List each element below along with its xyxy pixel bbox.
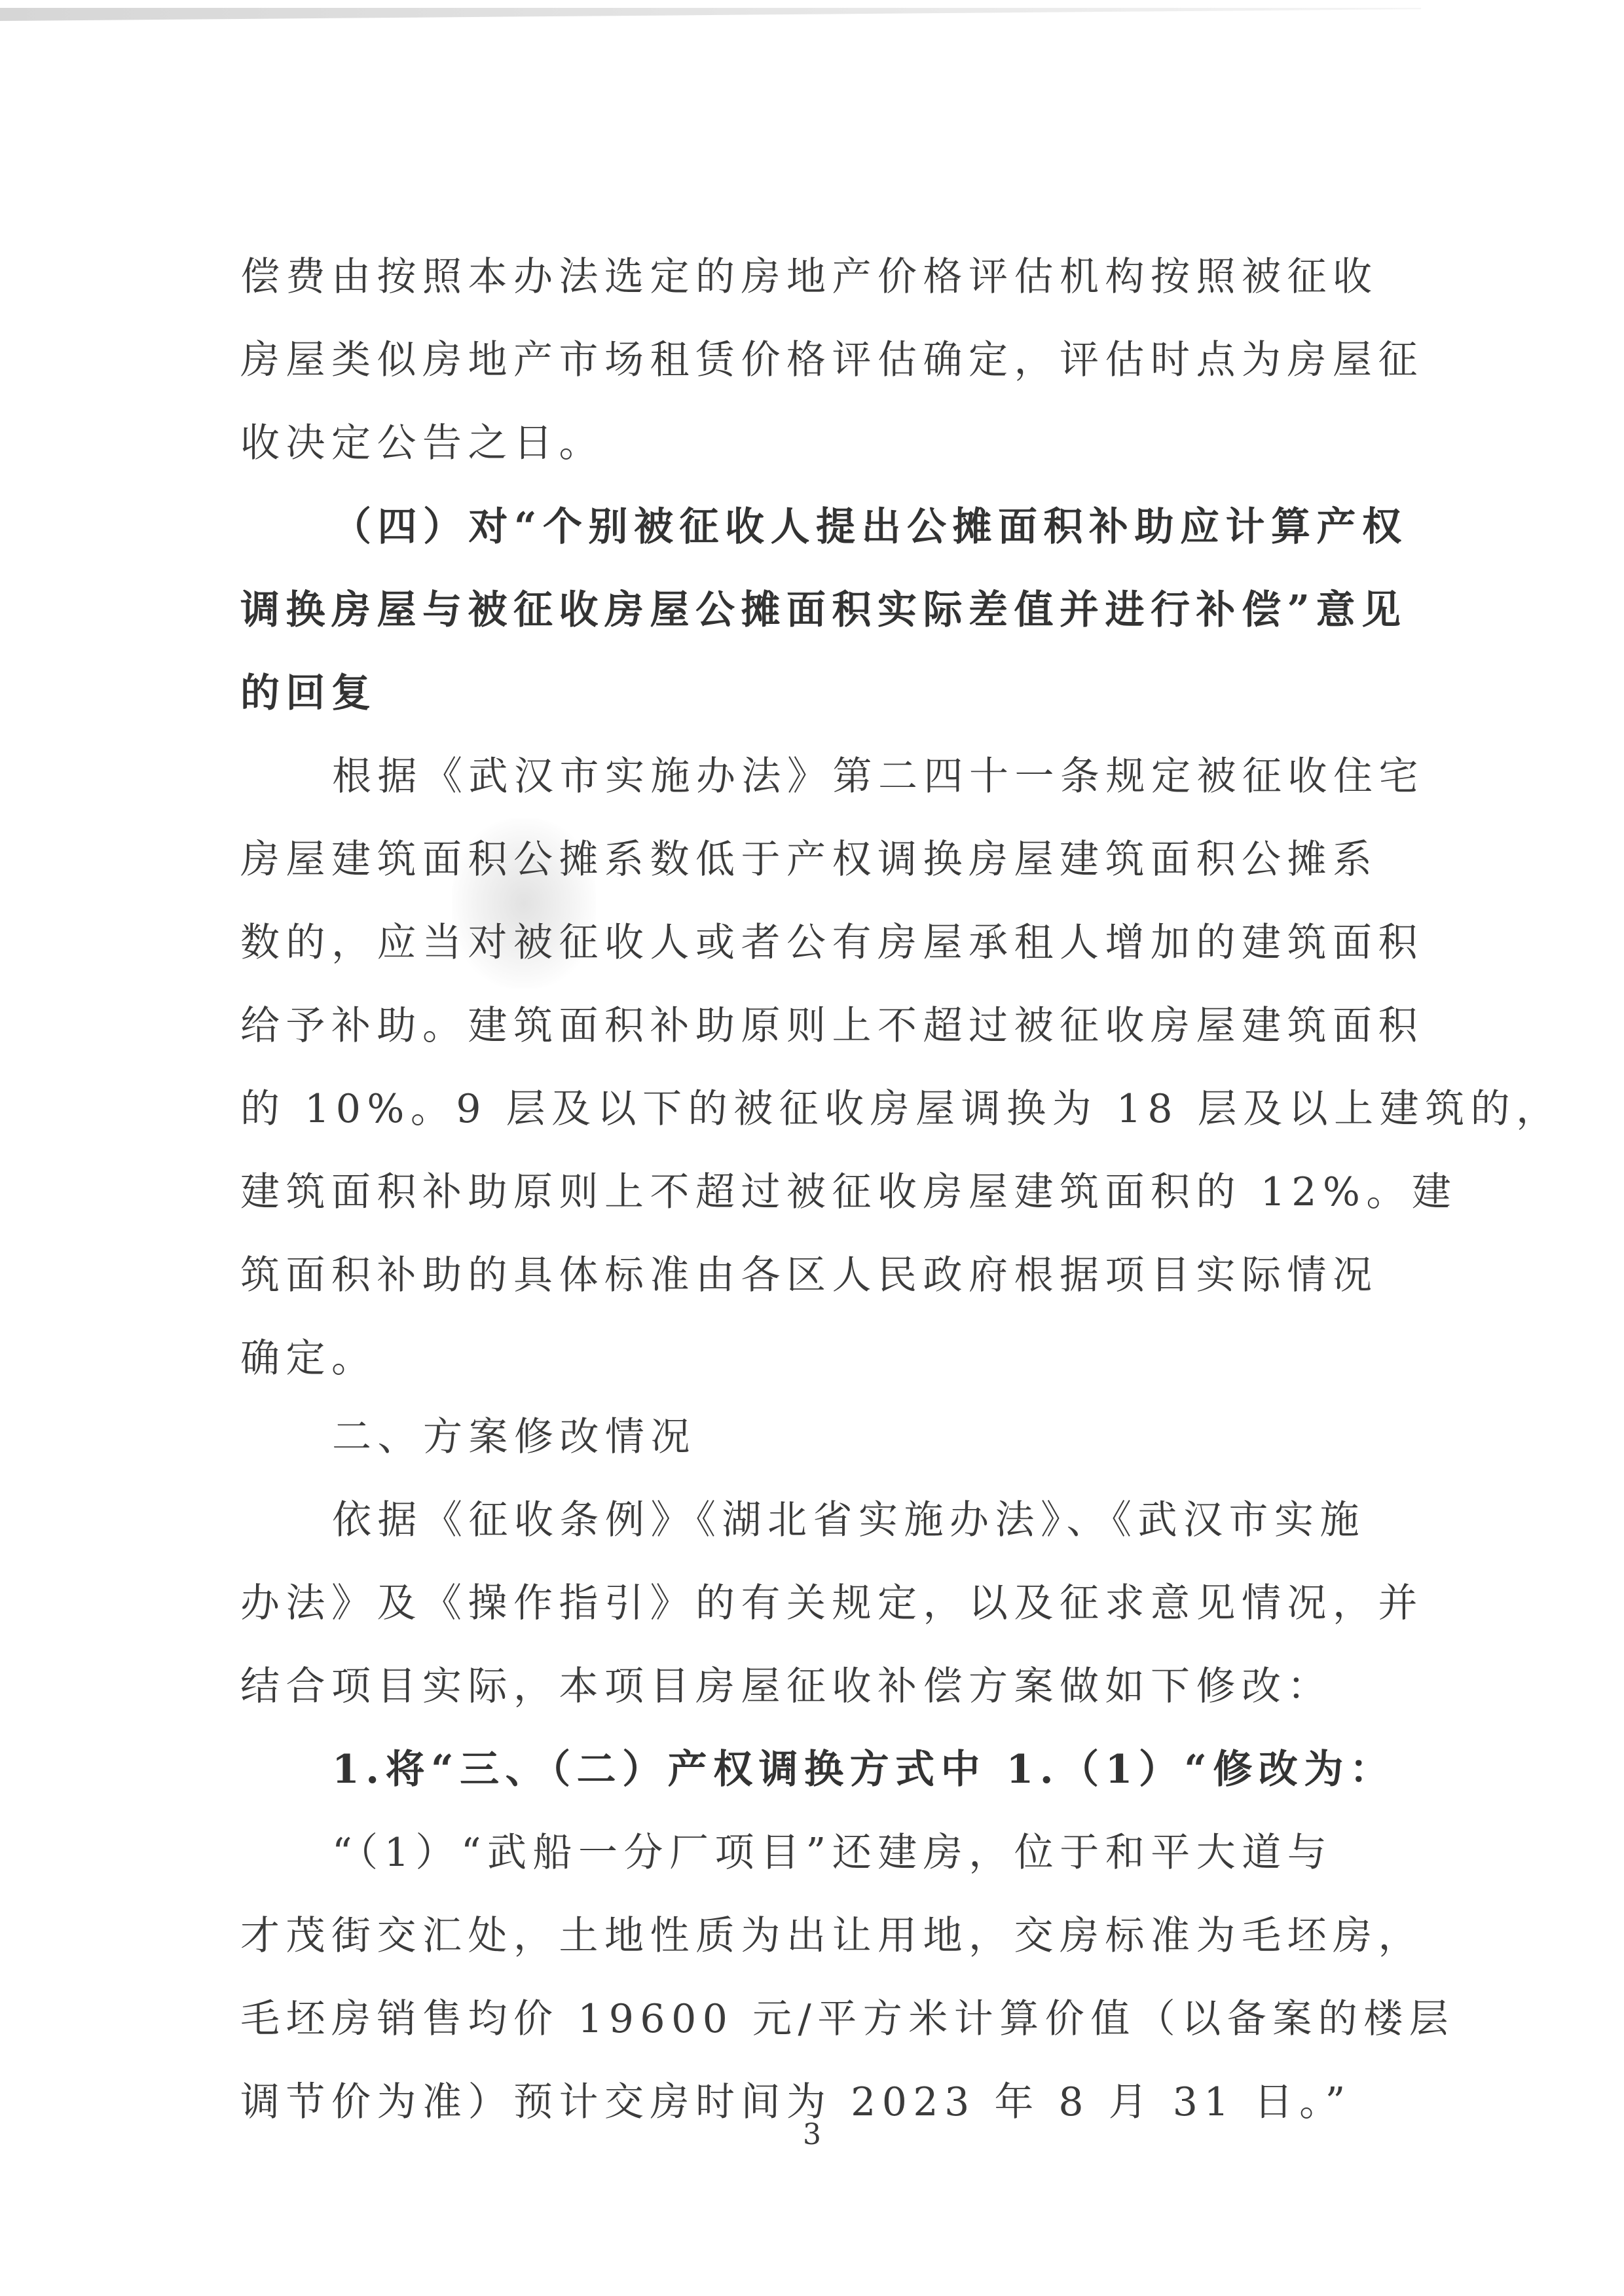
body-line-17: 办法》及《操作指引》的有关规定，以及征求意见情况，并 [240, 1562, 1424, 1645]
body-line-12: 建筑面积补助原则上不超过被征收房屋建筑面积的 12%。建 [240, 1151, 1457, 1234]
page-number: 3 [0, 2118, 1624, 2151]
body-line-21: 才茂街交汇处，土地性质为出让用地，交房标准为毛坯房， [240, 1895, 1424, 1978]
body-line-10: 给予补助。建筑面积补助原则上不超过被征收房屋建筑面积 [240, 985, 1424, 1068]
section-heading-4-line-2: 调换房屋与被征收房屋公摊面积实际差值并进行补偿”意见 [240, 569, 1407, 652]
body-line-20: “（1）“武船一分厂项目”还建房，位于和平大道与 [240, 1812, 1333, 1895]
amendment-item-1-heading: 1.将“三、（二）产权调换方式中 1.（1）“修改为： [240, 1728, 1395, 1812]
body-line-9: 数的，应当对被征收人或者公有房屋承租人增加的建筑面积 [240, 902, 1424, 985]
body-line-8: 房屋建筑面积公摊系数低于产权调换房屋建筑面积公摊系 [240, 818, 1378, 902]
section-heading-2: 二、方案修改情况 [240, 1396, 696, 1479]
section-heading-4-line-3: 的回复 [240, 652, 377, 735]
section-heading-4-line-1: （四）对“个别被征收人提出公摊面积补助应计算产权 [240, 486, 1408, 569]
body-line-16: 依据《征收条例》《湖北省实施办法》、《武汉市实施 [240, 1479, 1365, 1562]
body-line-11: 的 10%。9 层及以下的被征收房屋调换为 18 层及以上建筑的， [240, 1068, 1562, 1151]
body-line-13: 筑面积补助的具体标准由各区人民政府根据项目实际情况 [240, 1234, 1378, 1317]
body-line-22: 毛坯房销售均价 19600 元/平方米计算价值（以备案的楼层 [240, 1978, 1454, 2061]
body-line-7: 根据《武汉市实施办法》第二四十一条规定被征收住宅 [240, 735, 1424, 818]
body-line-3: 收决定公告之日。 [240, 402, 604, 485]
body-line-18: 结合项目实际，本项目房屋征收补偿方案做如下修改： [240, 1645, 1333, 1728]
body-line-1: 偿费由按照本办法选定的房地产价格评估机构按照被征收 [240, 236, 1378, 319]
scan-edge-shadow [0, 0, 1624, 26]
body-line-14: 确定。 [240, 1317, 377, 1400]
body-line-2: 房屋类似房地产市场租赁价格评估确定，评估时点为房屋征 [240, 319, 1424, 402]
